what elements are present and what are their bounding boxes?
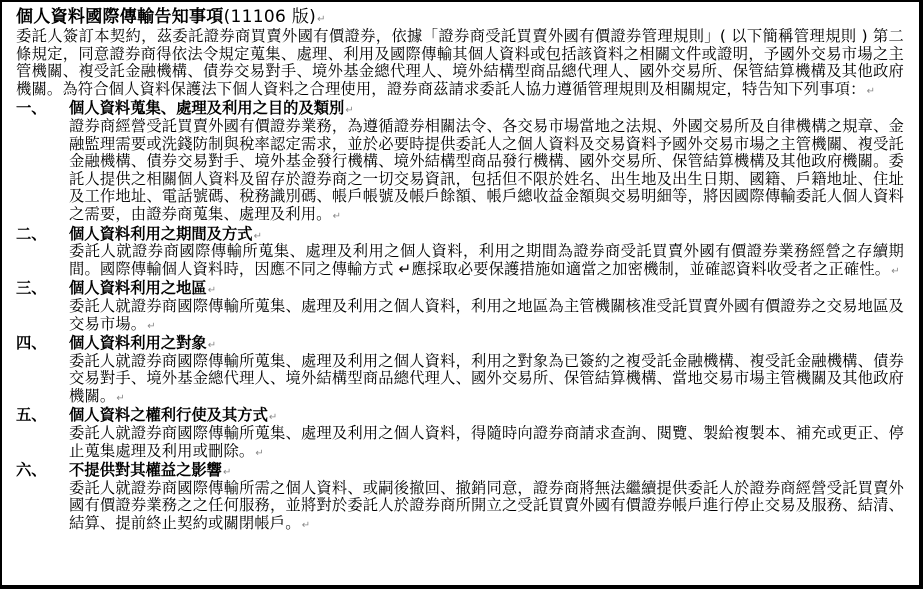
section-body-text: 委託人就證券商國際傳輸所蒐集、處理及利用之個人資料，利用之地區為主管機關核准受託… xyxy=(69,297,904,333)
section-body: 委託人就證券商國際傳輸所蒐集、處理及利用之個人資料，得隨時向證券商請求查詢、閱覽… xyxy=(69,425,904,462)
section-number: 四、 xyxy=(16,335,47,353)
section-heading: 六、 不提供對其權益之影響↵ xyxy=(16,462,904,480)
section-2: 二、 個人資料利用之期間及方式↵ 委託人就證券商國際傳輸所蒐集、處理及利用之個人… xyxy=(16,226,904,281)
document-frame: 個人資料國際傳輸告知事項(11106 版)↵ 委託人簽訂本契約，茲委託證券商買賣… xyxy=(0,0,923,589)
section-title: 個人資料利用之地區↵ xyxy=(69,280,216,300)
paragraph-mark-icon: ↵ xyxy=(345,105,353,116)
section-heading: 三、 個人資料利用之地區↵ xyxy=(16,280,904,298)
intro-text: 委託人簽訂本契約，茲委託證券商買賣外國有價證券，依據「證券商受託買賣外國有價證券… xyxy=(16,27,904,98)
paragraph-mark-icon: ↵ xyxy=(302,520,311,531)
paragraph-mark-icon: ↵ xyxy=(891,266,900,277)
title-text: 個人資料國際傳輸告知事項 xyxy=(16,7,224,27)
section-title: 個人資料蒐集、處理及利用之目的及類別↵ xyxy=(69,100,354,120)
section-4: 四、 個人資料利用之對象↵ 委託人就證券商國際傳輸所蒐集、處理及利用之個人資料，… xyxy=(16,335,904,407)
section-1: 一、 個人資料蒐集、處理及利用之目的及類別↵ 證券商經營受託買賣外國有價證券業務… xyxy=(16,100,904,225)
section-body: 委託人就證券商國際傳輸所蒐集、處理及利用之個人資料，利用之期間為證券商受託買賣外… xyxy=(69,243,904,280)
paragraph-mark-icon: ↵ xyxy=(317,14,326,25)
section-body: 委託人就證券商國際傳輸所需之個人資料、或嗣後撤回、撤銷同意，證券商將無法繼續提供… xyxy=(69,480,904,535)
section-body-text: 委託人就證券商國際傳輸所蒐集、處理及利用之個人資料，利用之對象為已簽約之複受託金… xyxy=(69,352,904,405)
section-title: 個人資料利用之期間及方式↵ xyxy=(69,226,262,246)
section-6: 六、 不提供對其權益之影響↵ 委託人就證券商國際傳輸所需之個人資料、或嗣後撤回、… xyxy=(16,462,904,534)
paragraph-mark-icon: ↵ xyxy=(269,412,277,423)
section-title-text: 個人資料之權利行使及其方式 xyxy=(69,406,268,424)
intro-paragraph: 委託人簽訂本契約，茲委託證券商買賣外國有價證券，依據「證券商受託買賣外國有價證券… xyxy=(16,28,904,100)
section-body: 委託人就證券商國際傳輸所蒐集、處理及利用之個人資料，利用之地區為主管機關核准受託… xyxy=(69,298,904,335)
paragraph-mark-icon: ↵ xyxy=(116,393,125,404)
document-title: 個人資料國際傳輸告知事項(11106 版)↵ xyxy=(16,6,904,28)
section-heading: 一、 個人資料蒐集、處理及利用之目的及類別↵ xyxy=(16,100,904,118)
section-number: 五、 xyxy=(16,407,47,425)
section-body-text: 委託人就證券商國際傳輸所蒐集、處理及利用之個人資料，得隨時向證券商請求查詢、閱覽… xyxy=(69,424,904,460)
paragraph-mark-icon: ↵ xyxy=(147,321,156,332)
section-title: 個人資料利用之對象↵ xyxy=(69,335,216,355)
section-number: 六、 xyxy=(16,462,47,480)
section-title-text: 個人資料蒐集、處理及利用之目的及類別 xyxy=(69,99,344,117)
paragraph-mark-icon: ↵ xyxy=(223,467,231,478)
section-title: 個人資料之權利行使及其方式↵ xyxy=(69,407,277,427)
section-5: 五、 個人資料之權利行使及其方式↵ 委託人就證券商國際傳輸所蒐集、處理及利用之個… xyxy=(16,407,904,462)
section-title-text: 個人資料利用之期間及方式 xyxy=(69,225,253,243)
paragraph-mark-icon: ↵ xyxy=(333,211,342,222)
section-heading: 二、 個人資料利用之期間及方式↵ xyxy=(16,226,904,244)
section-body-text: 委託人就證券商國際傳輸所蒐集、處理及利用之個人資料，利用之期間為證券商受託買賣外… xyxy=(69,242,904,278)
section-title-text: 不提供對其權益之影響 xyxy=(69,461,222,479)
section-title: 不提供對其權益之影響↵ xyxy=(69,462,231,482)
title-version: (11106 版) xyxy=(224,7,316,27)
section-heading: 四、 個人資料利用之對象↵ xyxy=(16,335,904,353)
section-title-text: 個人資料利用之地區 xyxy=(69,279,207,297)
paragraph-mark-icon: ↵ xyxy=(254,231,262,242)
section-3: 三、 個人資料利用之地區↵ 委託人就證券商國際傳輸所蒐集、處理及利用之個人資料，… xyxy=(16,280,904,335)
section-number: 一、 xyxy=(16,100,47,118)
document-content: 個人資料國際傳輸告知事項(11106 版)↵ 委託人簽訂本契約，茲委託證券商買賣… xyxy=(16,6,904,535)
section-number: 二、 xyxy=(16,226,47,244)
section-heading: 五、 個人資料之權利行使及其方式↵ xyxy=(16,407,904,425)
section-title-text: 個人資料利用之對象 xyxy=(69,334,207,352)
section-number: 三、 xyxy=(16,280,47,298)
section-body: 委託人就證券商國際傳輸所蒐集、處理及利用之個人資料，利用之對象為已簽約之複受託金… xyxy=(69,353,904,408)
paragraph-mark-icon: ↵ xyxy=(255,448,264,459)
section-body-text: 委託人就證券商國際傳輸所需之個人資料、或嗣後撤回、撤銷同意，證券商將無法繼續提供… xyxy=(69,479,904,532)
section-body: 證券商經營受託買賣外國有價證券業務，為遵循證券相關法令、各交易市場當地之法規、外… xyxy=(69,118,904,226)
section-body-text: 證券商經營受託買賣外國有價證券業務，為遵循證券相關法令、各交易市場當地之法規、外… xyxy=(69,117,904,223)
paragraph-mark-icon: ↵ xyxy=(208,340,216,351)
paragraph-mark-icon: ↵ xyxy=(208,285,216,296)
paragraph-mark-icon: ↵ xyxy=(867,86,876,97)
